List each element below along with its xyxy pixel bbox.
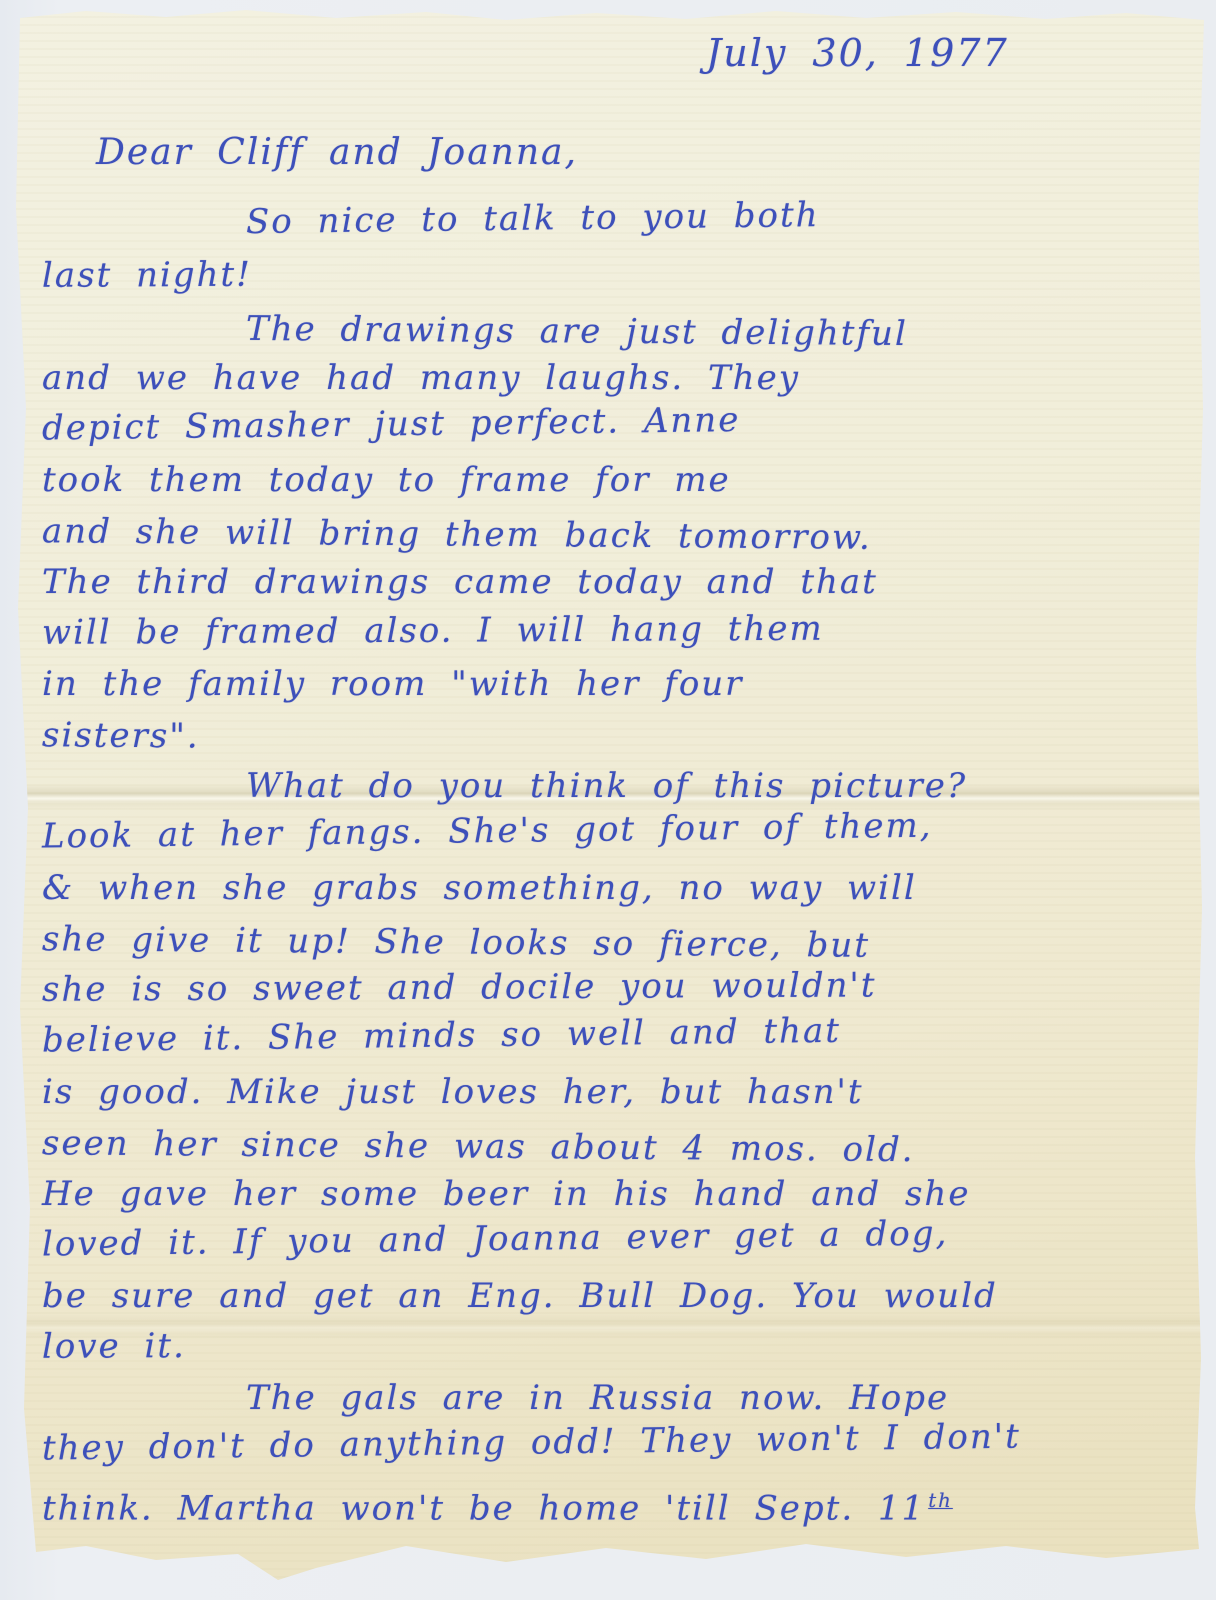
letter-line: took them today to frame for me <box>6 455 1210 506</box>
letter-content: July 30, 1977 Dear Cliff and Joanna, So … <box>6 8 1210 1590</box>
letter-salutation: Dear Cliff and Joanna, <box>6 127 1210 178</box>
letter-line: & when she grabs something, no way will <box>6 863 1210 914</box>
letter-lines: So nice to talk to you bothlast night!Th… <box>6 200 1210 1526</box>
letter-line: be sure and get an Eng. Bull Dog. You wo… <box>6 1271 1210 1322</box>
letter-line: is good. Mike just loves her, but hasn't <box>6 1067 1210 1118</box>
letter-line: sisters". <box>6 710 1210 770</box>
letter-line: So nice to talk to you both <box>6 185 1211 251</box>
ordinal-suffix: th <box>928 1489 953 1512</box>
letter-line: think. Martha won't be home 'till Sept. … <box>6 1475 1210 1526</box>
letter-line: last night! <box>6 245 1210 302</box>
letter-date: July 30, 1977 <box>6 28 1210 79</box>
letter-line: The drawings are just delightful <box>6 302 1210 362</box>
letter-line: in the family room "with her four <box>6 659 1210 710</box>
letter-line: love it. <box>6 1316 1210 1373</box>
letter-line: and she will bring them back tomorrow. <box>6 506 1210 566</box>
letter-line: seen her since she was about 4 mos. old. <box>6 1118 1210 1178</box>
letter-line: will be framed also. I will hang them <box>6 602 1210 659</box>
